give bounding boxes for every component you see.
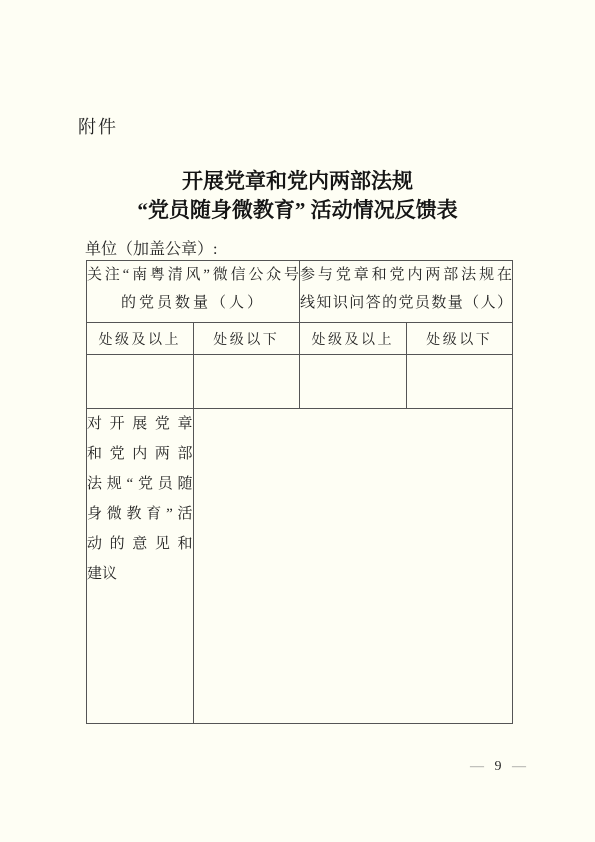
sub-header-cell: 处级以下 <box>193 323 300 355</box>
count-row <box>87 355 513 409</box>
sub-header-cell: 处级及以上 <box>300 323 407 355</box>
feedback-content-cell <box>193 409 513 724</box>
group-header-wechat-cell: 关注“南粤清风”微信公众号 的党员数量（人） <box>87 261 300 323</box>
sub-header-row: 处级及以上 处级以下 处级及以上 处级以下 <box>87 323 513 355</box>
footer-page-number: 9 <box>495 759 502 774</box>
group-header-quiz-cell: 参与党章和党内两部法规在 线知识问答的党员数量（人） <box>300 261 513 323</box>
document-title: 开展党章和党内两部法规 “党员随身微教育” 活动情况反馈表 <box>0 167 595 225</box>
sub-header-cell: 处级以下 <box>406 323 513 355</box>
footer-dash-right: — <box>512 759 526 774</box>
feedback-label-line: 身微教育”活 <box>87 499 193 529</box>
count-cell <box>406 355 513 409</box>
feedback-label-cell: 对开展党章 和党内两部 法规“党员随 身微教育”活 动的意见和 建议 <box>87 409 194 724</box>
title-line-2: “党员随身微教育” 活动情况反馈表 <box>0 196 595 225</box>
feedback-label-line: 建议 <box>87 559 193 589</box>
title-line-1: 开展党章和党内两部法规 <box>0 167 595 196</box>
feedback-table: 关注“南粤清风”微信公众号 的党员数量（人） 参与党章和党内两部法规在 线知识问… <box>86 260 513 724</box>
page-number: — 9 — <box>470 759 526 775</box>
attachment-label: 附件 <box>78 113 118 139</box>
group-header-quiz-line-1: 参与党章和党内两部法规在 <box>300 261 512 289</box>
feedback-label-line: 和党内两部 <box>87 439 193 469</box>
group-header-row: 关注“南粤清风”微信公众号 的党员数量（人） 参与党章和党内两部法规在 线知识问… <box>87 261 513 323</box>
sub-header-cell: 处级及以上 <box>87 323 194 355</box>
feedback-label-line: 对开展党章 <box>87 409 193 439</box>
footer-dash-left: — <box>470 759 484 774</box>
group-header-wechat-line-2: 的党员数量（人） <box>87 289 299 317</box>
count-cell <box>193 355 300 409</box>
feedback-row: 对开展党章 和党内两部 法规“党员随 身微教育”活 动的意见和 建议 <box>87 409 513 724</box>
document-page: 附件 开展党章和党内两部法规 “党员随身微教育” 活动情况反馈表 单位（加盖公章… <box>0 0 595 842</box>
group-header-quiz-line-2: 线知识问答的党员数量（人） <box>300 289 512 317</box>
feedback-label-line: 法规“党员随 <box>87 469 193 499</box>
count-cell <box>87 355 194 409</box>
group-header-wechat-line-1: 关注“南粤清风”微信公众号 <box>87 261 299 289</box>
count-cell <box>300 355 407 409</box>
unit-label: 单位（加盖公章）: <box>85 236 217 259</box>
feedback-label-line: 动的意见和 <box>87 529 193 559</box>
